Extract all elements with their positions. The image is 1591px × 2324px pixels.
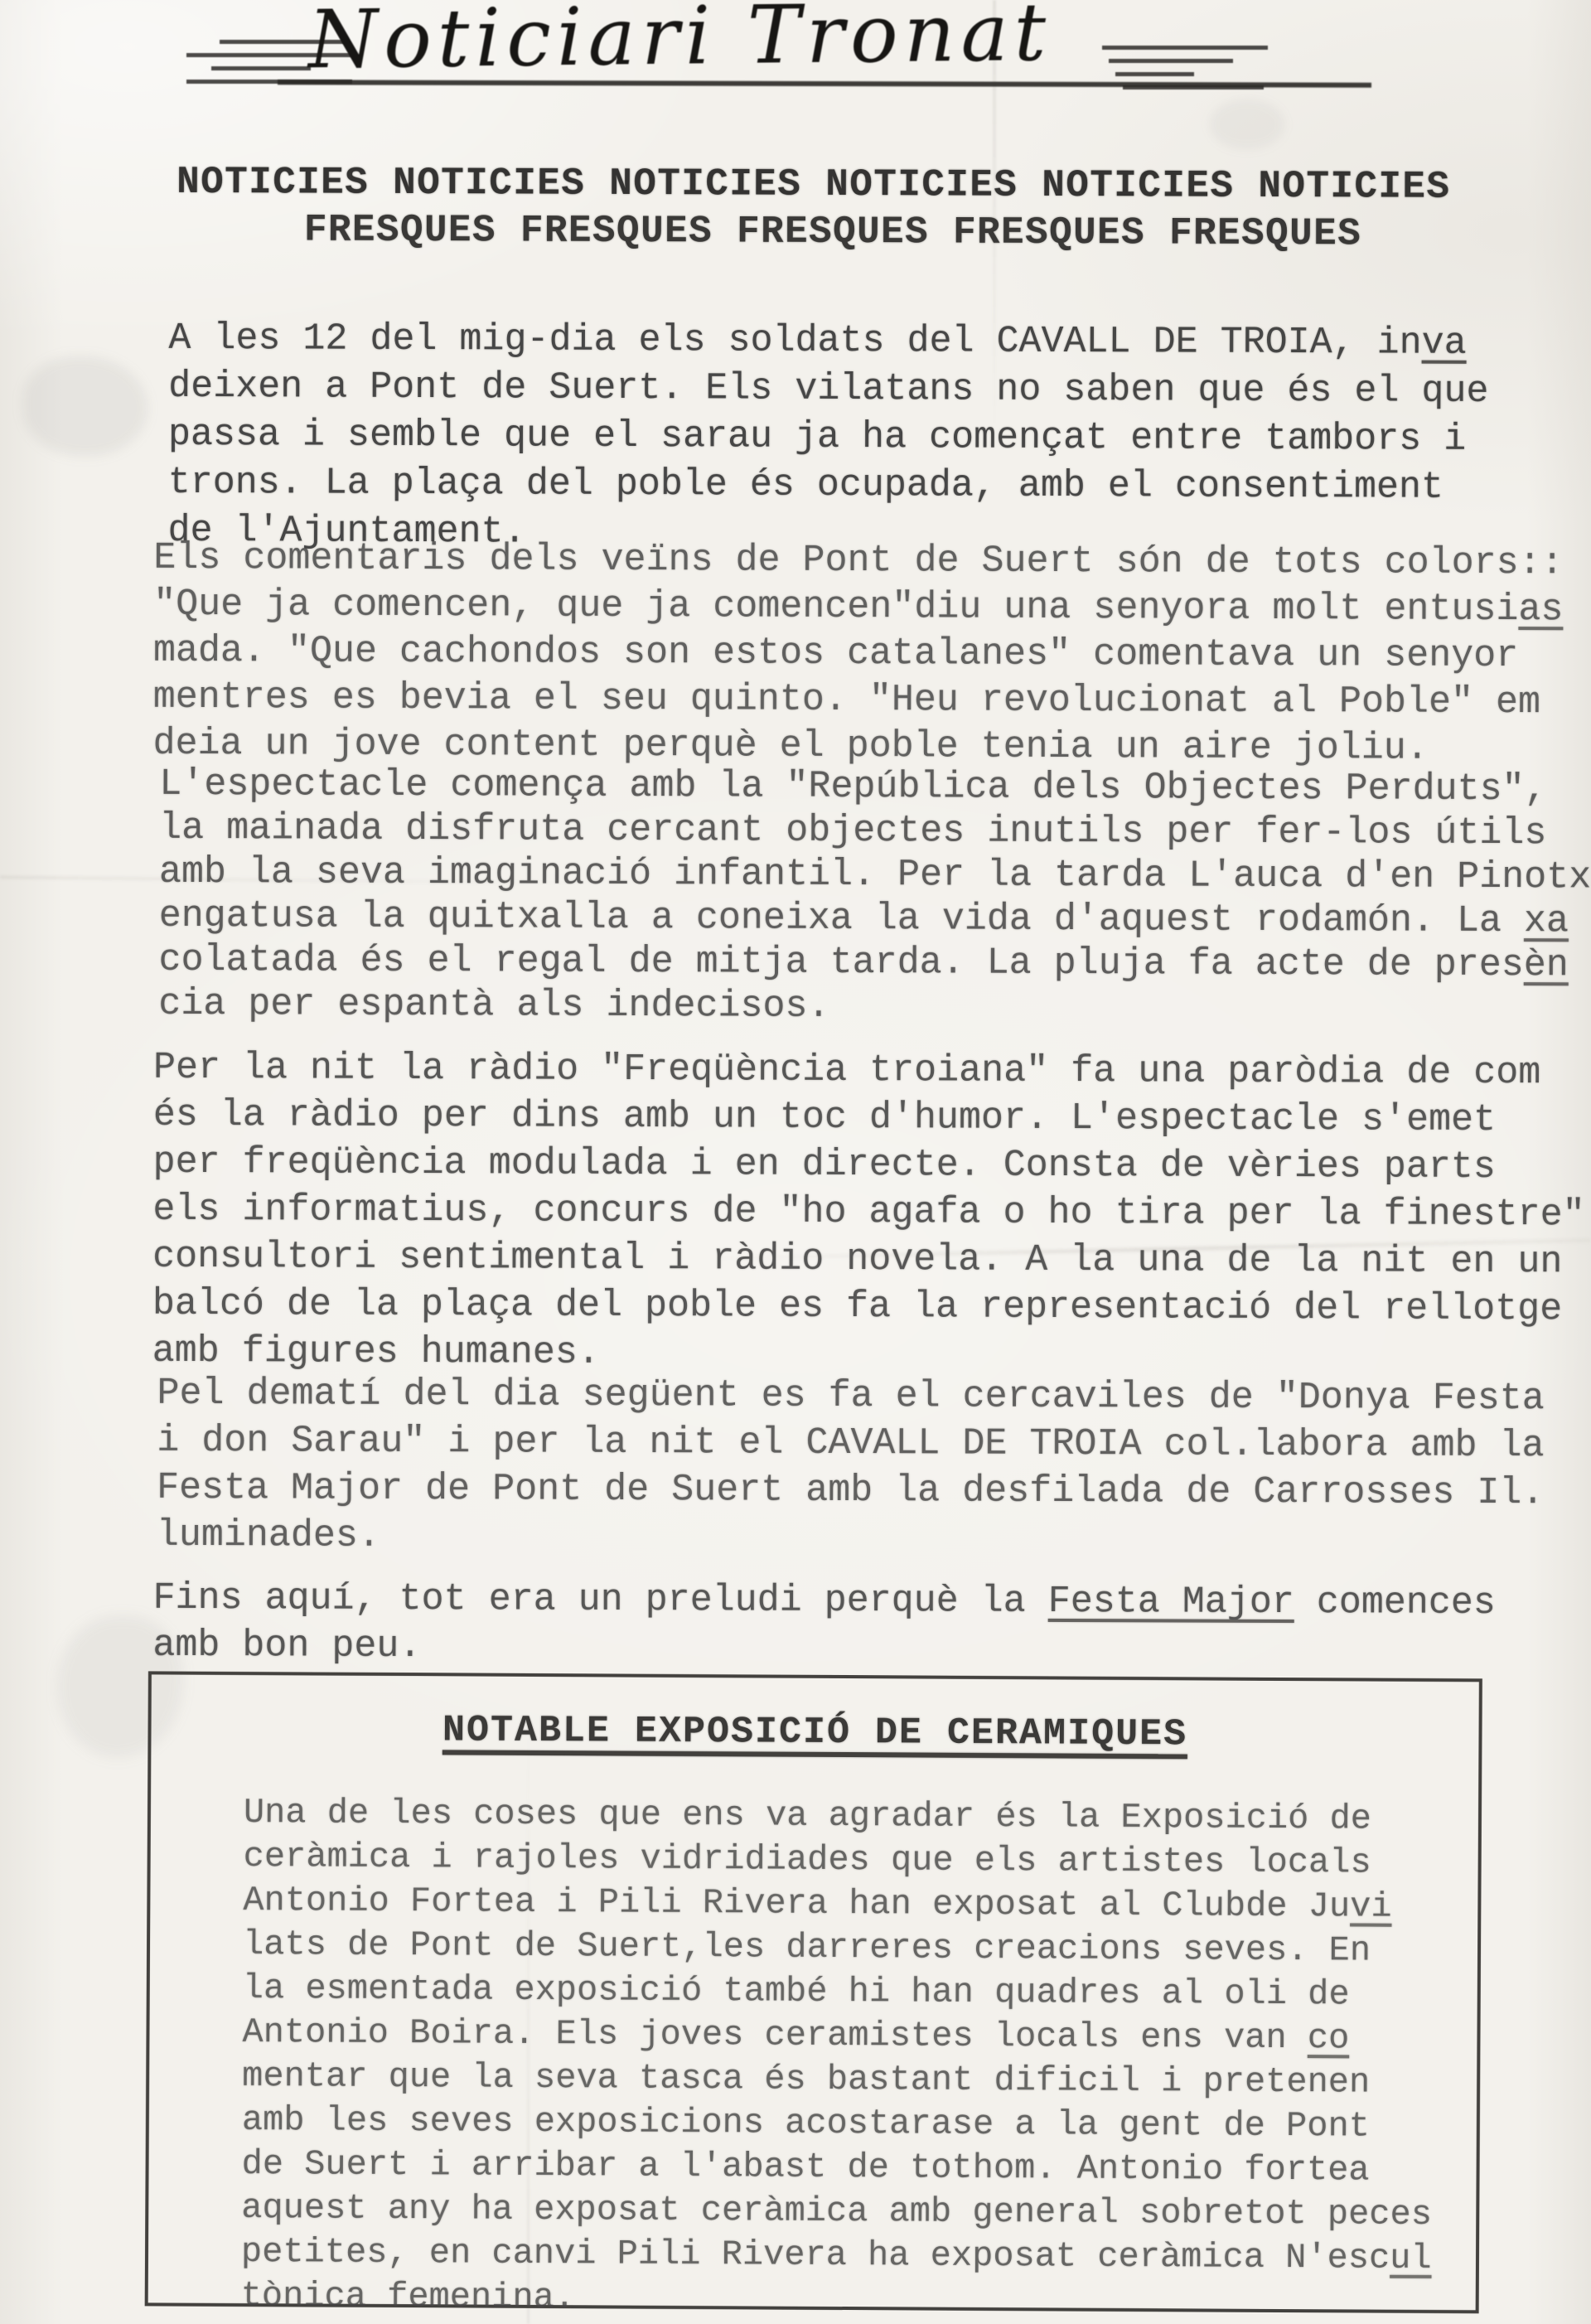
box-title-text: NOTABLE EXPOSICIÓ DE CERAMIQUES — [442, 1709, 1187, 1755]
text-segment: balcó de la plaça del poble es fa la rep… — [152, 1283, 1562, 1331]
box-body: Una de les coses que ens va agradar és l… — [241, 1791, 1434, 2324]
typed-line: els informatius, concurs de "ho agafa o … — [152, 1186, 1584, 1239]
underlined-segment: ul — [1390, 2239, 1432, 2278]
headline-line1: NOTICIES NOTICIES NOTICIES NOTICIES NOTI… — [177, 161, 1450, 209]
text-segment: deixen a Pont de Suert. Els vilatans no … — [168, 366, 1488, 413]
scanned-newsletter-page: Noticiari Tronat NOTICIES NOTICIES NOTIC… — [0, 0, 1591, 2324]
text-segment: de Suert i arribar a l'abast de tothom. … — [241, 2144, 1369, 2191]
underlined-segment: vi — [1350, 1886, 1392, 1926]
text-segment: colatada és el regal de mitja tarda. La … — [158, 939, 1523, 986]
text-segment: petites, en canvi Pili Rivera ha exposat… — [241, 2232, 1390, 2278]
typed-line: per freqüència modulada i en directe. Co… — [153, 1139, 1585, 1192]
typed-line: mentar que la seva tasca és bastant difi… — [242, 2055, 1433, 2105]
typed-line: amb les seves exposicions acostarase a l… — [242, 2099, 1433, 2149]
typed-line: mentres es bevia el seu quinto. "Heu rev… — [153, 675, 1563, 727]
typed-line: Pel dematí del dia següent es fa el cerc… — [157, 1370, 1544, 1422]
text-segment: cia per espantà als indecisos. — [158, 983, 829, 1028]
text-segment: ceràmica i rajoles vidridiades que els a… — [244, 1837, 1371, 1883]
typed-line: lats de Pont de Suert,les darreres creac… — [243, 1923, 1434, 1973]
text-segment: Fins aquí, tot era un preludi perquè la — [152, 1577, 1047, 1623]
text-segment: per freqüència modulada i en directe. Co… — [153, 1141, 1496, 1189]
text-segment: mentres es bevia el seu quinto. "Heu rev… — [153, 676, 1540, 724]
text-segment: L'espectacle comença amb la "República d… — [159, 763, 1546, 811]
underlined-segment: as — [1518, 588, 1563, 631]
typed-line: mada. "Que cachondos son estos catalanes… — [153, 628, 1563, 680]
typed-line: "Que ja comencen, que ja comencen"diu un… — [153, 582, 1563, 634]
text-segment: lats de Pont de Suert,les darreres creac… — [243, 1925, 1371, 1971]
headline-line2: FRESQUES FRESQUES FRESQUES FRESQUES FRES… — [304, 208, 1361, 255]
text-segment: engatusa la quitxalla a coneixa la vida … — [159, 895, 1524, 942]
paragraph: Per la nit la ràdio "Freqüència troiana"… — [152, 1044, 1586, 1381]
text-segment: "Que ja comencen, que ja comencen"diu un… — [153, 583, 1518, 631]
text-segment: trons. La plaça del poble és ocupada, am… — [168, 462, 1444, 509]
text-segment: luminades. — [157, 1514, 380, 1557]
typed-line: la esmentada exposició també hi han quad… — [243, 1967, 1434, 2017]
typed-line: cia per espantà als indecisos. — [158, 982, 1591, 1032]
typed-line: petites, en canvi Pili Rivera ha exposat… — [241, 2230, 1432, 2281]
text-segment: comences — [1294, 1581, 1496, 1624]
typed-line: i don Sarau" i per la nit el CAVALL DE T… — [157, 1417, 1544, 1469]
typed-line: balcó de la plaça del poble es fa la rep… — [152, 1281, 1584, 1334]
typed-line: engatusa la quitxalla a coneixa la vida … — [159, 894, 1591, 944]
typed-line: amb bon peu. — [152, 1622, 1496, 1674]
paragraph: L'espectacle comença amb la "República d… — [158, 763, 1591, 1032]
typed-line: Per la nit la ràdio "Freqüència troiana"… — [153, 1044, 1585, 1097]
box-title: NOTABLE EXPOSICIÓ DE CERAMIQUES — [151, 1707, 1478, 1757]
text-segment: aquest any ha exposat ceràmica amb gener… — [241, 2188, 1432, 2234]
text-segment: els informatius, concurs de "ho agafa o … — [152, 1189, 1584, 1237]
text-segment: Pel dematí del dia següent es fa el cerc… — [157, 1373, 1544, 1420]
text-segment: passa i semble que el sarau ja ha començ… — [168, 414, 1466, 461]
typed-line: amb la seva imaginació infantil. Per la … — [159, 850, 1591, 900]
underlined-segment: Festa Major — [1048, 1581, 1294, 1624]
underlined-segment: va — [1422, 322, 1467, 365]
paragraph: Fins aquí, tot era un preludi perquè la … — [152, 1575, 1496, 1674]
typed-line: la mainada disfruta cercant objectes inu… — [159, 806, 1591, 856]
text-segment: Una de les coses que ens va agradar és l… — [244, 1793, 1371, 1839]
typed-line: ceràmica i rajoles vidridiades que els a… — [244, 1835, 1434, 1886]
underlined-segment: èn — [1524, 944, 1569, 986]
text-segment: amb la seva imaginació infantil. Per la … — [159, 851, 1591, 899]
typed-line: deixen a Pont de Suert. Els vilatans no … — [168, 363, 1488, 416]
typed-line: Els comentaris dels veïns de Pont de Sue… — [153, 535, 1563, 588]
typed-line: A les 12 del mig-dia els soldats del CAV… — [168, 315, 1488, 368]
typed-line: Fins aquí, tot era un preludi perquè la … — [152, 1575, 1496, 1627]
typed-line: Una de les coses que ens va agradar és l… — [244, 1791, 1434, 1842]
text-segment: Antonio Fortea i Pili Rivera han exposat… — [243, 1881, 1350, 1926]
text-segment: Els comentaris dels veïns de Pont de Sue… — [153, 537, 1563, 585]
typed-line: Antonio Fortea i Pili Rivera han exposat… — [243, 1879, 1434, 1929]
paragraph: Els comentaris dels veïns de Pont de Sue… — [152, 535, 1563, 773]
text-segment: amb figures humanes. — [152, 1330, 600, 1374]
text-segment: amb les seves exposicions acostarase a l… — [242, 2100, 1370, 2147]
exhibition-news-box: NOTABLE EXPOSICIÓ DE CERAMIQUES Una de l… — [145, 1671, 1482, 2313]
typed-line: tònica femenina. — [241, 2274, 1432, 2324]
typed-line: consultori sentimental i ràdio novela. A… — [152, 1233, 1584, 1286]
typed-line: Festa Major de Pont de Suert amb la desf… — [157, 1465, 1544, 1517]
typed-line: passa i semble que el sarau ja ha començ… — [168, 411, 1488, 464]
text-segment: consultori sentimental i ràdio novela. A… — [152, 1236, 1562, 1284]
underlined-segment: xa — [1524, 900, 1569, 942]
paragraph: A les 12 del mig-dia els soldats del CAV… — [167, 315, 1488, 560]
typed-line: trons. La plaça del poble és ocupada, am… — [168, 459, 1488, 512]
text-segment: i don Sarau" i per la nit el CAVALL DE T… — [157, 1420, 1544, 1467]
typed-line: de Suert i arribar a l'abast de tothom. … — [241, 2142, 1432, 2193]
typed-content: NOTICIES NOTICIES NOTICIES NOTICIES NOTI… — [0, 0, 1591, 2324]
typed-line: L'espectacle comença amb la "República d… — [159, 763, 1591, 812]
paragraph: Pel dematí del dia següent es fa el cerc… — [157, 1370, 1545, 1564]
underlined-segment: co — [1308, 2018, 1350, 2058]
typed-line: Antonio Boira. Els joves ceramistes loca… — [242, 2011, 1433, 2061]
text-segment: A les 12 del mig-dia els soldats del CAV… — [168, 317, 1421, 365]
text-segment: és la ràdio per dins amb un toc d'humor.… — [153, 1094, 1496, 1141]
text-segment: mentar que la seva tasca és bastant difi… — [242, 2056, 1370, 2103]
typed-line: luminades. — [157, 1512, 1544, 1564]
typed-line: és la ràdio per dins amb un toc d'humor.… — [153, 1092, 1585, 1145]
text-segment: Per la nit la ràdio "Freqüència troiana"… — [153, 1047, 1540, 1094]
typed-line: aquest any ha exposat ceràmica amb gener… — [241, 2186, 1432, 2237]
text-segment: amb bon peu. — [152, 1624, 421, 1668]
text-segment: Antonio Boira. Els joves ceramistes loca… — [242, 2012, 1308, 2058]
text-segment: Festa Major de Pont de Suert amb la desf… — [157, 1467, 1544, 1514]
text-segment: mada. "Que cachondos son estos catalanes… — [153, 630, 1518, 677]
text-segment: tònica femenina. — [241, 2276, 576, 2317]
text-segment: la mainada disfruta cercant objectes inu… — [159, 807, 1546, 855]
typed-line: colatada és el regal de mitja tarda. La … — [158, 938, 1591, 988]
text-segment: la esmentada exposició també hi han quad… — [243, 1968, 1350, 2014]
